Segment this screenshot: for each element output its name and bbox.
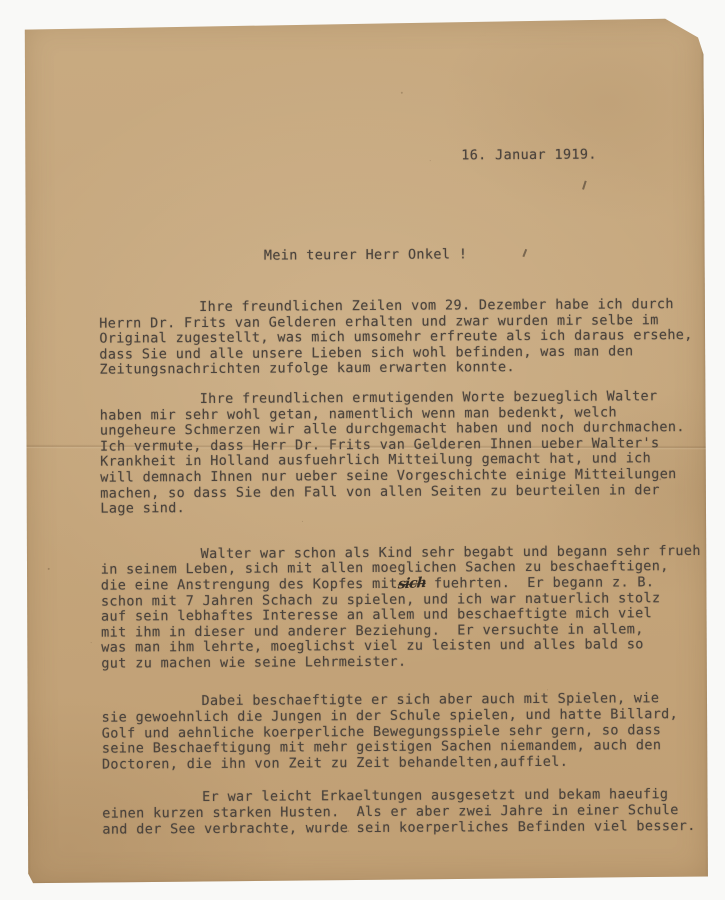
- letter-date: 16. Januar 1919.: [461, 147, 597, 164]
- paragraph: Ihre freundlichen Zeilen vom 29. Dezembe…: [99, 297, 707, 379]
- letter-salutation: Mein teurer Herr Onkel !: [264, 246, 468, 263]
- typed-line: and der See verbrachte, wurde sein koerp…: [102, 819, 710, 838]
- paragraph: Er war leicht Erkaeltungen ausgesetzt un…: [102, 787, 710, 837]
- paragraph: Ihre freundlichen ermutigenden Worte bez…: [100, 389, 709, 517]
- letter-body: Ihre freundlichen Zeilen vom 29. Dezembe…: [99, 297, 710, 838]
- stray-ink-mark: [582, 181, 587, 190]
- paragraph: Walter war schon als Kind sehr begabt un…: [101, 544, 710, 672]
- typed-line: Doctoren, die ihn von Zeit zu Zeit behan…: [102, 754, 710, 773]
- letter-paper: 16. Januar 1919. Mein teurer Herr Onkel …: [22, 16, 708, 884]
- paragraph: Dabei beschaeftigte er sich aber auch mi…: [101, 691, 709, 773]
- stray-ink-mark: [522, 249, 527, 257]
- handwritten-insert: sich: [397, 576, 426, 593]
- typed-line: gut zu machen wie seine Lehrmeister.: [101, 653, 709, 672]
- typed-line: Zeitungsnachrichten zufolge kaum erwarte…: [99, 359, 707, 378]
